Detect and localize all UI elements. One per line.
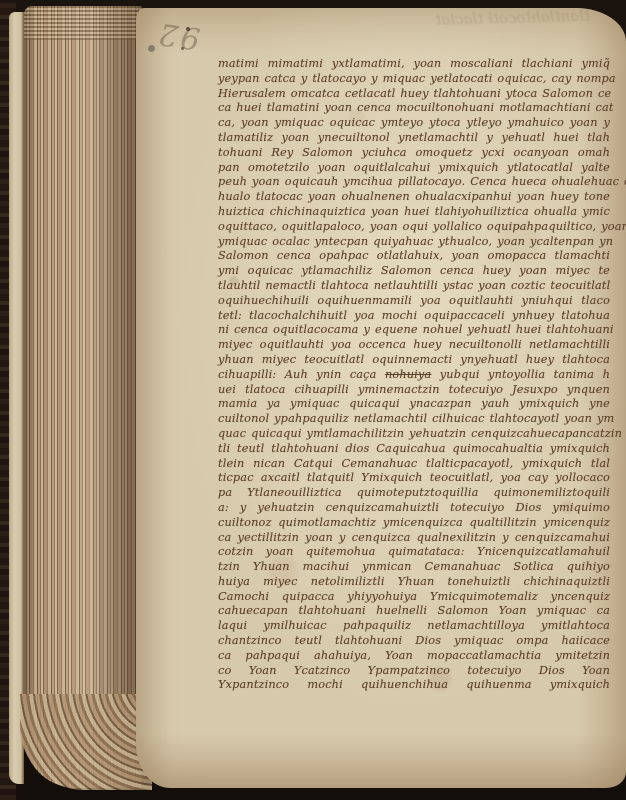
manuscript-line: tohuani Rey Salomon yciuhca omoquetz ycx…	[218, 146, 610, 161]
book-cover-sliver	[9, 12, 24, 784]
manuscript-line: chantzinco teutl tlahtohuani Dios ymiqua…	[218, 634, 610, 649]
manuscript-line: cihuapilli: Auh ynin caça nohuiya yubqui…	[218, 368, 610, 383]
manuscript-line: miyec oquitlauhti yoa occenca huey necui…	[218, 338, 610, 353]
manuscript-line: mamia ya ymiquac quicaqui ynacazpan yauh…	[218, 397, 610, 412]
manuscript-line: laqui ymilhuicac pahpaquiliz netlamachti…	[218, 619, 610, 634]
ink-speck	[181, 47, 184, 50]
manuscript-line: cahuecapan tlahtohuani huelnelli Salomon…	[218, 604, 610, 619]
manuscript-line: Salomon cenca opahpac otlatlahuix, yoan …	[218, 249, 610, 264]
manuscript-line: ca huei tlamatini yoan cenca mocuiltonoh…	[218, 101, 610, 116]
manuscript-line: hualo tlatocac yoan ohualnenen ohualacxi…	[218, 190, 610, 205]
manuscript-line: tzin Yhuan macihui ynmican Cemanahuac So…	[218, 560, 610, 575]
manuscript-line: co Yoan Ycatzinco Ypampatzinco totecuiyo…	[218, 664, 610, 679]
manuscript-line: quac quicaqui ymtlamachilitzin yehuatzin…	[218, 427, 610, 442]
manuscript-line: pan omotetzilo yoan oquitlalcahui ymixqu…	[218, 161, 610, 176]
manuscript-line: ticpac axcaitl tlatquitl Ymixquich teocu…	[218, 471, 610, 486]
manuscript-line: pa Ytlaneouilliztica quimoteputztoquilli…	[218, 486, 610, 501]
manuscript-line: ymiquac ocalac yntecpan quiyahuac ythual…	[218, 235, 610, 250]
manuscript-line: yhuan miyec teocuitlatl oquinnemacti yny…	[218, 353, 610, 368]
folio-number: 92	[154, 15, 203, 56]
manuscript-line: ca yectillitzin yoan y cenquizca qualnex…	[218, 531, 610, 546]
manuscript-line: ca pahpaqui ahahuiya, Yoan mopaccatlamac…	[218, 649, 610, 664]
manuscript-line: a: y yehuatzin cenquizcamahuiztli totecu…	[218, 501, 610, 516]
manuscript-line: tetl: tlacochalchihuitl yoa mochi oquipa…	[218, 309, 610, 324]
manuscript-line: tlauhtil nemactli tlahtoca netlauhtilli …	[218, 279, 610, 294]
ink-speck	[148, 45, 155, 52]
manuscript-line: Yxpantzinco mochi quihuenchihua quihuenm…	[218, 678, 610, 693]
manuscript-line: uei tlatoca cihuapilli yminemactzin tote…	[218, 383, 610, 398]
book-page-edges	[24, 6, 142, 788]
manuscript-line: huiztica chichinaquiztica yoan huei tlah…	[218, 205, 610, 220]
manuscript-photo: 92 tlantlahtocatl tlaclat matimi mimatim…	[0, 0, 626, 800]
manuscript-line: tli teutl tlahtohuani dios Caquicahua qu…	[218, 442, 610, 457]
manuscript-line: oquihuechihuili oquihuenmamili yoa oquit…	[218, 294, 610, 309]
leaf-corner-stack	[20, 694, 152, 790]
manuscript-line: matimi mimatimi yxtlamatimi, yoan moscal…	[218, 57, 610, 72]
manuscript-line: peuh yoan oquicauh ymcihua pillatocayo. …	[218, 175, 610, 190]
manuscript-line: huiya miyec netolimiliztli Yhuan tonehui…	[218, 575, 610, 590]
manuscript-line: oquittaco, oquitlapaloco, yoan oqui yoll…	[218, 220, 610, 235]
manuscript-line: tlamatiliz yoan ynecuiltonol ynetlamacht…	[218, 131, 610, 146]
manuscript-line: ca, yoan ymiquac oquicac ymteyo ytoca yt…	[218, 116, 610, 131]
manuscript-line: cuiltonoz quimotlamachtiz ymicenquizca q…	[218, 516, 610, 531]
manuscript-line: tlein nican Catqui Cemanahuac tlalticpac…	[218, 457, 610, 472]
manuscript-line: cotzin yoan quitemohua quimatataca: Ynic…	[218, 545, 610, 560]
manuscript-line: Camochi quipacca yhiyyohuiya Ymicquimote…	[218, 590, 610, 605]
manuscript-line: ymi oquicac ytlamachiliz Salomon cenca h…	[218, 264, 610, 279]
manuscript-line: yeypan catca y tlatocayo y miquac yetlat…	[218, 72, 610, 87]
manuscript-line: Hierusalem omcatca cetlacatl huey tlahto…	[218, 87, 610, 102]
manuscript-line: ni cenca oquitlacocama y equene nohuel y…	[218, 323, 610, 338]
ink-speck	[186, 27, 190, 31]
manuscript-line: cuiltonol ypahpaquiliz netlamachtil cilh…	[218, 412, 610, 427]
manuscript-text-block: matimi mimatimi yxtlamatimi, yoan moscal…	[218, 57, 610, 693]
